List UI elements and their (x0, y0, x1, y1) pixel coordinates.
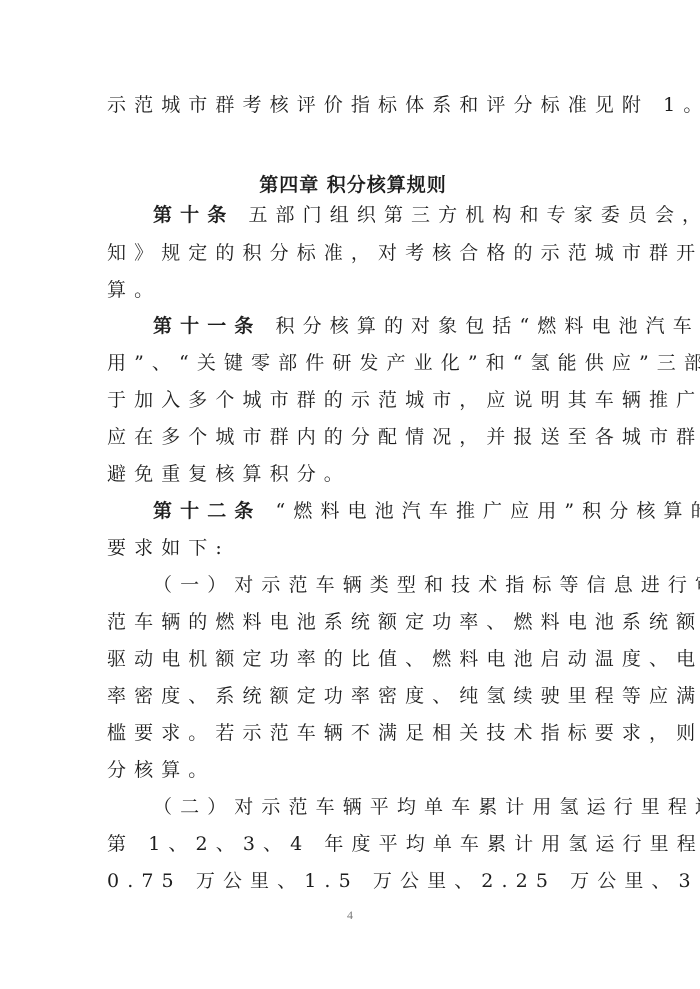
article-12-label: 第十二条 (153, 500, 261, 522)
body-line: 知》规定的积分标准，对考核合格的示范城市群开展积分核 (107, 235, 599, 272)
item-1-line-1: （一）对示范车辆类型和技术指标等信息进行审核，示 (107, 567, 645, 604)
body-line: 示范城市群考核评价指标体系和评分标准见附 1。 (107, 87, 599, 124)
body-line: 算。 (107, 272, 599, 309)
article-11-text: 积分核算的对象包括“燃料电池汽车推广应 (261, 315, 700, 337)
body-line: 范车辆的燃料电池系统额定功率、燃料电池系统额定功率与 (107, 604, 599, 641)
body-line: 驱动电机额定功率的比值、燃料电池启动温度、电堆额定功 (107, 641, 599, 678)
body-line: 避免重复核算积分。 (107, 456, 599, 493)
body-line: 率密度、系统额定功率密度、纯氢续驶里程等应满足政策门 (107, 678, 599, 715)
article-12-line-1: 第十二条 “燃料电池汽车推广应用”积分核算的具体 (107, 493, 645, 530)
page-number: 4 (0, 908, 700, 923)
body-line: 第 1、2、3、4 年度平均单车累计用氢运行里程应分别超过 (107, 826, 599, 863)
article-12-text: “燃料电池汽车推广应用”积分核算的具体 (261, 500, 700, 522)
body-line: 0.75 万公里、1.5 万公里、2.25 万公里、3 万公里。若示范 (107, 863, 599, 900)
article-10-label: 第十条 (153, 204, 234, 226)
body-line: 分核算。 (107, 752, 599, 789)
article-10-text: 五部门组织第三方机构和专家委员会，按照《通 (234, 204, 700, 226)
body-line: 要求如下: (107, 530, 599, 567)
body-line: 于加入多个城市群的示范城市，应说明其车辆推广和氢能供 (107, 382, 599, 419)
item-2-line-1: （二）对示范车辆平均单车累计用氢运行里程进行审核， (107, 789, 645, 826)
body-line: 应在多个城市群内的分配情况，并报送至各城市群牵头城市， (107, 419, 599, 456)
article-10-line-1: 第十条 五部门组织第三方机构和专家委员会，按照《通 (107, 197, 645, 234)
body-line: 用”、“关键零部件研发产业化”和“氢能供应”三部分。对 (107, 345, 599, 382)
chapter-heading: 第四章 积分核算规则 (107, 170, 599, 200)
article-11-line-1: 第十一条 积分核算的对象包括“燃料电池汽车推广应 (107, 308, 645, 345)
body-line: 槛要求。若示范车辆不满足相关技术指标要求，则不进行积 (107, 715, 599, 752)
article-11-label: 第十一条 (153, 315, 261, 337)
